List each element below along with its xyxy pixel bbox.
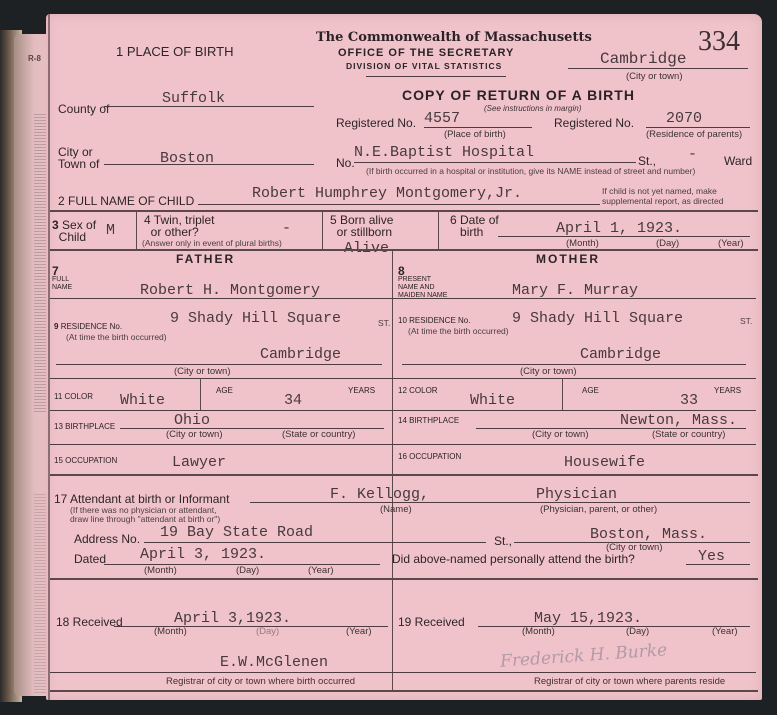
institution-note: (If birth occurred in a hospital or inst… (366, 166, 695, 176)
born-alive-label: 5 Born alive or stillborn (330, 214, 393, 238)
attend-answer: Yes (698, 548, 725, 565)
registrar-19-caption: Registrar of city or town where parents … (534, 676, 725, 687)
received-18-caption-month: (Month) (154, 626, 187, 637)
county-value: Suffolk (162, 90, 225, 107)
sex-label: 3 Sex of Child (52, 219, 96, 243)
city-town-value: Boston (160, 150, 214, 167)
received-18-caption-year: (Year) (346, 626, 372, 637)
twin-label: 4 Twin, triplet or other? (144, 214, 214, 238)
mother-years-label: YEARS (714, 386, 741, 395)
attendant-label: 17 Attendant at birth or Informant (54, 492, 229, 506)
father-occupation-value: Lawyer (172, 454, 226, 471)
father-color-label: 11 COLOR (54, 392, 93, 401)
mother-name-value: Mary F. Murray (512, 282, 638, 299)
dob-caption-year: (Year) (718, 238, 744, 249)
twin-note: (Answer only in event of plural births) (142, 238, 282, 248)
registered-no-label-1: Registered No. (336, 116, 416, 130)
mother-city-value: Cambridge (580, 346, 661, 363)
mother-heading: MOTHER (536, 252, 600, 266)
mother-age-value: 33 (680, 392, 698, 409)
dob-value: April 1, 1923. (556, 220, 682, 237)
dob-label: 6 Date of birth (450, 214, 499, 238)
institution-value: N.E.Baptist Hospital (354, 144, 534, 161)
twin-value: - (282, 220, 291, 237)
mother-occupation-label: 16 OCCUPATION (398, 452, 461, 461)
received-19-caption-day: (Day) (626, 626, 649, 637)
mother-city-caption: (City or town) (520, 366, 576, 377)
record-number: 334 (698, 26, 740, 58)
mother-age-label: AGE (582, 386, 599, 395)
mother-bp-state-caption: (State or country) (652, 429, 725, 440)
received-18-date: April 3,1923. (174, 610, 291, 627)
office-title: OFFICE OF THE SECRETARY (338, 47, 514, 59)
dob-caption-day: (Day) (656, 238, 679, 249)
attendant-name-value: F. Kellogg, (330, 486, 429, 503)
mother-residence-note: (At time the birth occurred) (408, 326, 509, 336)
ward-value: - (688, 146, 697, 163)
father-bp-state-caption: (State or country) (282, 429, 355, 440)
registrar-18-caption: Registrar of city or town where birth oc… (166, 676, 355, 687)
received-18-caption-day: (Day) (256, 626, 279, 637)
section-place-of-birth: 1 PLACE OF BIRTH (116, 44, 234, 59)
attendant-role-value: Physician (536, 486, 617, 503)
registered-no-1-caption: (Place of birth) (444, 129, 506, 140)
city-value: Cambridge (600, 50, 686, 68)
address-label: Address No. (74, 532, 140, 546)
registered-no-label-2: Registered No. (554, 116, 634, 130)
registered-no-1: 4557 (424, 110, 460, 127)
father-birthplace-label: 13 BIRTHPLACE (54, 422, 115, 431)
attendant-name-caption: (Name) (380, 504, 412, 515)
sex-value: M (106, 222, 115, 239)
child-name-label: 2 FULL NAME OF CHILD (58, 194, 194, 208)
father-color-value: White (120, 392, 165, 409)
received-19-caption-year: (Year) (712, 626, 738, 637)
dated-value: April 3, 1923. (140, 546, 266, 563)
father-residence-label: 9 RESIDENCE No. (54, 322, 122, 331)
registered-no-2: 2070 (666, 110, 702, 127)
dated-caption-year: (Year) (308, 565, 334, 576)
father-residence-note: (At time the birth occurred) (66, 332, 167, 342)
mother-birthplace-value: Newton, Mass. (620, 412, 737, 429)
registered-no-2-caption: (Residence of parents) (646, 129, 742, 140)
child-name-note: If child is not yet named, makesupplemen… (602, 186, 723, 206)
received-18-label: 18 Received (56, 615, 123, 629)
mother-occupation-value: Housewife (564, 454, 645, 471)
ward-label: Ward (724, 154, 752, 168)
father-city-value: Cambridge (260, 346, 341, 363)
father-st-label: ST. (378, 318, 390, 328)
address-value: 19 Bay State Road (160, 524, 313, 541)
father-heading: FATHER (176, 252, 235, 266)
street-no-label: No. (336, 156, 355, 170)
mother-name-label: PRESENTNAME ANDMAIDEN NAME (398, 276, 447, 300)
child-name-value: Robert Humphrey Montgomery,Jr. (252, 185, 522, 202)
dated-caption-day: (Day) (236, 565, 259, 576)
father-occupation-label: 15 OCCUPATION (54, 456, 117, 465)
attendant-city-value: Boston, Mass. (590, 526, 707, 543)
mother-residence-label: 10 RESIDENCE No. (398, 316, 470, 325)
mother-color-value: White (470, 392, 515, 409)
father-city-caption: (City or town) (174, 366, 230, 377)
registrar-19-signature: Frederick H. Burke (500, 640, 668, 672)
birth-record-form: 1 PLACE OF BIRTH The Commonwealth of Mas… (46, 14, 762, 700)
attendant-note: (If there was no physician or attendant,… (70, 506, 220, 524)
commonwealth-title: The Commonwealth of Massachusetts (316, 30, 592, 45)
page-stub: R-8 (14, 34, 50, 696)
received-19-date: May 15,1923. (534, 610, 642, 627)
dob-caption-month: (Month) (566, 238, 599, 249)
father-age-value: 34 (284, 392, 302, 409)
form-title: COPY OF RETURN OF A BIRTH (402, 87, 635, 103)
city-town-label: City orTown of (58, 146, 99, 170)
father-birthplace-value: Ohio (174, 412, 210, 429)
father-name-value: Robert H. Montgomery (140, 282, 320, 299)
city-caption: (City or town) (626, 71, 682, 82)
address-st-label: St., (494, 534, 512, 548)
registrar-18-name: E.W.McGlenen (220, 654, 328, 671)
county-label: County of (58, 102, 109, 116)
form-border (48, 14, 50, 700)
form-title-note: (See instructions in margin) (484, 104, 581, 113)
mother-color-label: 12 COLOR (398, 386, 438, 395)
division-title: DIVISION OF VITAL STATISTICS (346, 61, 502, 71)
received-19-caption-month: (Month) (522, 626, 555, 637)
father-residence-value: 9 Shady Hill Square (170, 310, 341, 327)
mother-bp-city-caption: (City or town) (532, 429, 588, 440)
mother-birthplace-label: 14 BIRTHPLACE (398, 416, 459, 425)
dated-caption-month: (Month) (144, 565, 177, 576)
attend-question: Did above-named personally attend the bi… (392, 552, 635, 566)
mother-residence-value: 9 Shady Hill Square (512, 310, 683, 327)
form-code: R-8 (28, 54, 41, 63)
father-age-label: AGE (216, 386, 233, 395)
father-years-label: YEARS (348, 386, 375, 395)
attendant-role-caption: (Physician, parent, or other) (540, 504, 657, 515)
dated-label: Dated (74, 552, 106, 566)
father-name-label: FULLNAME (52, 276, 72, 292)
mother-st-label: ST. (740, 316, 752, 326)
received-19-label: 19 Received (398, 615, 465, 629)
father-bp-city-caption: (City or town) (166, 429, 222, 440)
